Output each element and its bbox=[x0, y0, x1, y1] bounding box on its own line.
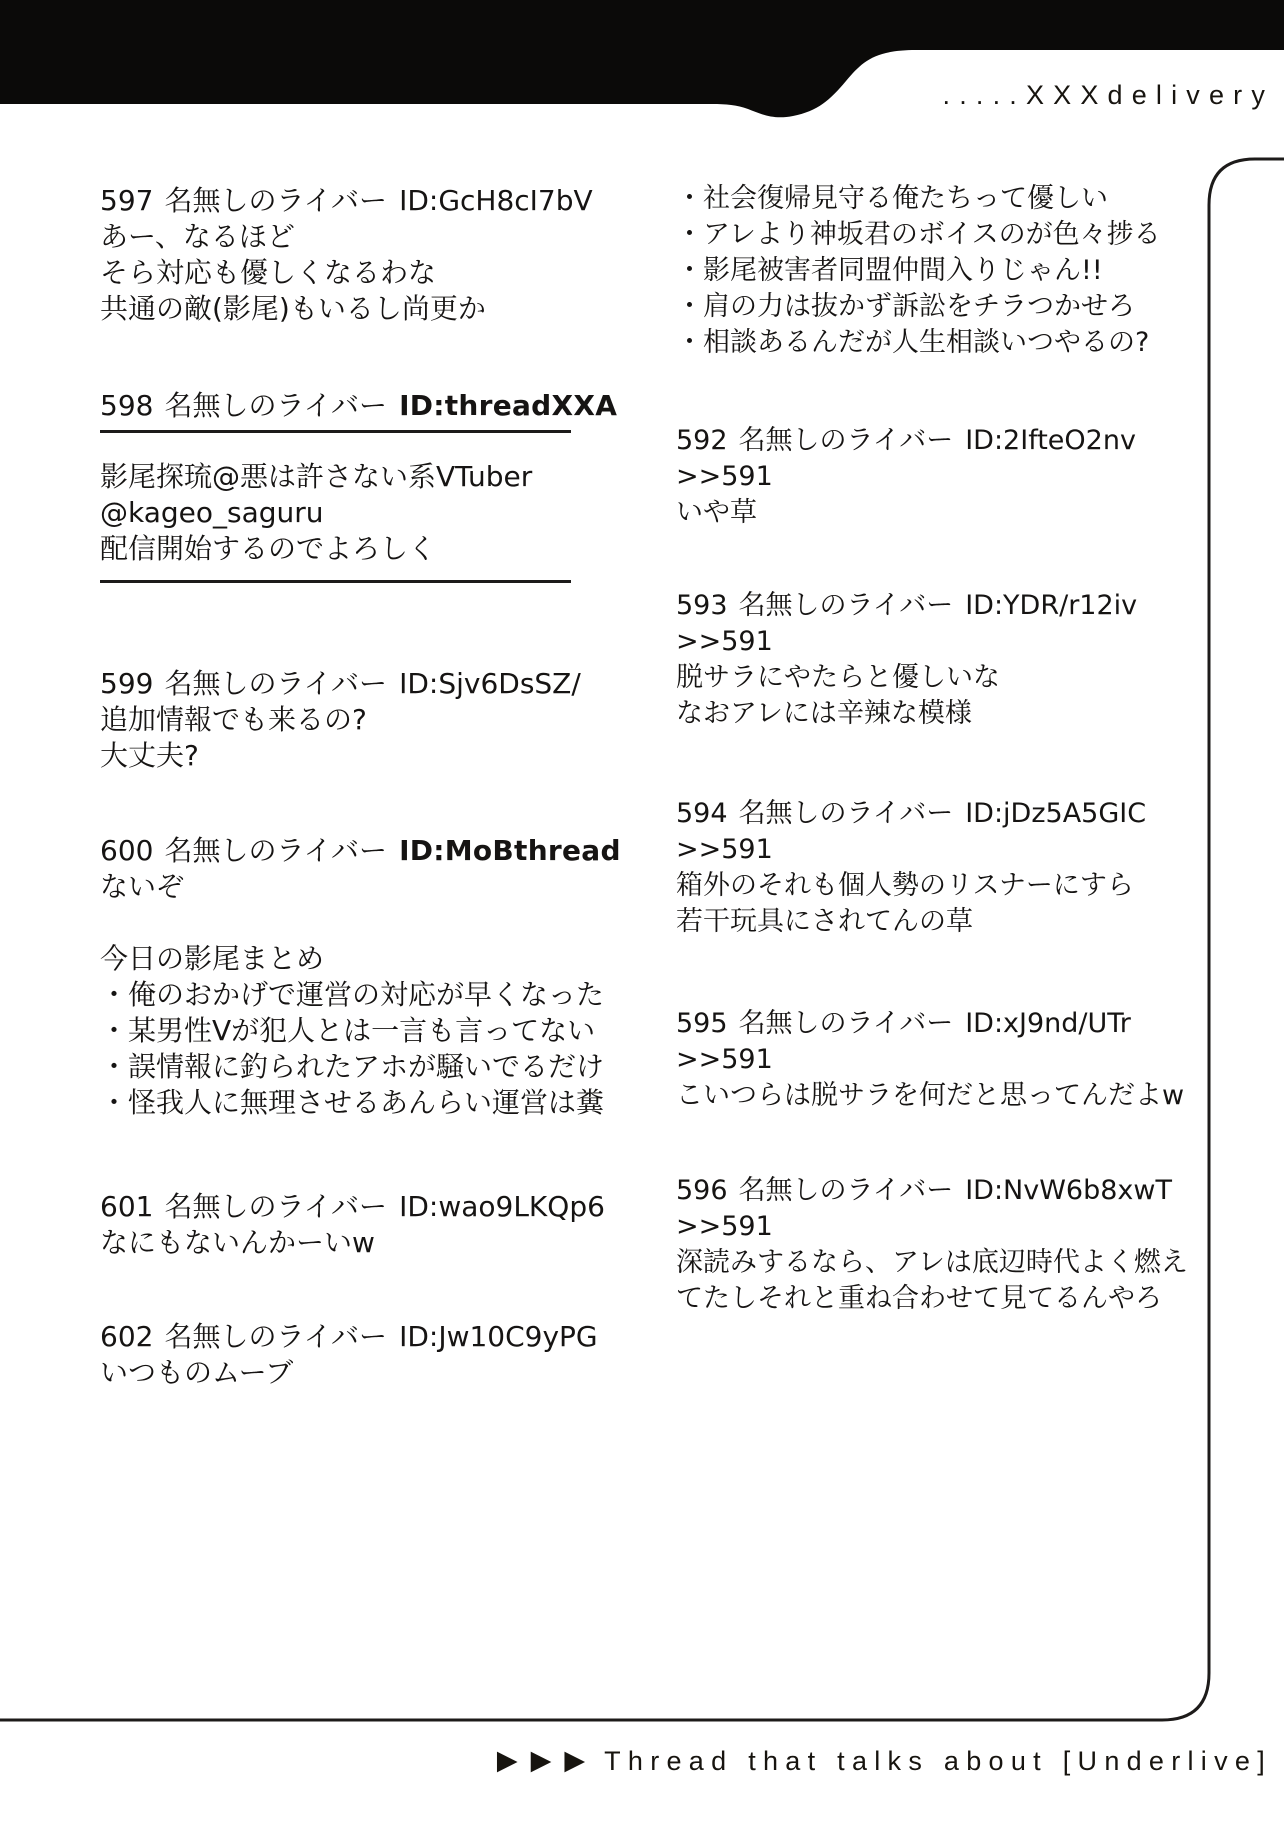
bullet-line: ・肩の力は抜かず訴訟をチラつかせろ bbox=[676, 289, 1161, 325]
post-number: 592 bbox=[676, 425, 728, 456]
post-header: 599名無しのライバーID:Sjv6DsSZ/ bbox=[100, 666, 620, 702]
post-line: なおアレには辛辣な模様 bbox=[676, 696, 1236, 732]
post-author-name: 名無しのライバー bbox=[739, 425, 954, 456]
post-line: なにもないんかーいw bbox=[100, 1225, 620, 1261]
post-author-name: 名無しのライバー bbox=[164, 1190, 387, 1223]
post-author-name: 名無しのライバー bbox=[739, 590, 954, 621]
banner-brand-text: .....XXXdelivery bbox=[943, 80, 1274, 111]
post-number: 600 bbox=[100, 834, 153, 867]
post-header: 600名無しのライバーID:MoBthread bbox=[100, 833, 620, 869]
post-line: いつものムーブ bbox=[100, 1355, 620, 1391]
top-banner-swoosh bbox=[0, 0, 1284, 140]
post-author-name: 名無しのライバー bbox=[164, 667, 387, 700]
post-author-name: 名無しのライバー bbox=[164, 834, 387, 867]
post-line: 深読みするなら、アレは底辺時代よく燃え bbox=[676, 1245, 1236, 1281]
post-author-name: 名無しのライバー bbox=[739, 798, 954, 829]
bullet-line: ・影尾被害者同盟仲間入りじゃん!! bbox=[676, 253, 1161, 289]
quote-line: 影尾探琉@悪は許さない系VTuber bbox=[100, 459, 620, 495]
post-author-name: 名無しのライバー bbox=[164, 1320, 387, 1353]
post-line: >>591 bbox=[676, 1209, 1236, 1245]
post-id: ID:YDR/r12iv bbox=[965, 590, 1137, 621]
post-header: 596名無しのライバーID:NvW6b8xwT bbox=[676, 1173, 1236, 1209]
post-line: 脱サラにやたらと優しいな bbox=[676, 660, 1236, 696]
post-number: 601 bbox=[100, 1190, 153, 1223]
quote-divider-top bbox=[100, 430, 571, 433]
bullet-list: ・社会復帰見守る俺たちって優しい・アレより神坂君のボイスのが色々捗る・影尾被害者… bbox=[676, 181, 1161, 361]
thread-post-593: 593名無しのライバーID:YDR/r12iv>>591脱サラにやたらと優しいな… bbox=[676, 588, 1236, 732]
post-header: 602名無しのライバーID:Jw10C9yPG bbox=[100, 1319, 620, 1355]
post-header: 593名無しのライバーID:YDR/r12iv bbox=[676, 588, 1236, 624]
footer-title: Thread that talks about [Underlive] bbox=[604, 1744, 1272, 1778]
bullet-line: ・社会復帰見守る俺たちって優しい bbox=[676, 181, 1161, 217]
post-line: ないぞ bbox=[100, 869, 620, 905]
footer-arrow-icon: ▶ bbox=[531, 1745, 552, 1776]
bullet-line: ・アレより神坂君のボイスのが色々捗る bbox=[676, 217, 1161, 253]
post-id: ID:MoBthread bbox=[399, 834, 621, 867]
post-line: ・怪我人に無理させるあんらい運営は糞 bbox=[100, 1085, 620, 1121]
post-line: 今日の影尾まとめ bbox=[100, 941, 620, 977]
post-line: >>591 bbox=[676, 624, 1236, 660]
quote-divider-bottom bbox=[100, 580, 571, 583]
post-number: 594 bbox=[676, 798, 728, 829]
post-line: 箱外のそれも個人勢のリスナーにすら bbox=[676, 868, 1236, 904]
post-line: そら対応も優しくなるわな bbox=[100, 255, 620, 291]
post-header: 597名無しのライバーID:GcH8cI7bV bbox=[100, 183, 620, 219]
footer-arrow-icon: ▶ bbox=[497, 1745, 518, 1776]
thread-post-596: 596名無しのライバーID:NvW6b8xwT>>591深読みするなら、アレは底… bbox=[676, 1173, 1236, 1317]
post-line: >>591 bbox=[676, 832, 1236, 868]
post-number: 598 bbox=[100, 389, 153, 422]
thread-post-598: 598名無しのライバーID:threadXXA影尾探琉@悪は許さない系VTube… bbox=[100, 388, 620, 583]
thread-post-594: 594名無しのライバーID:jDz5A5GIC>>591箱外のそれも個人勢のリス… bbox=[676, 796, 1236, 940]
thread-post-592: 592名無しのライバーID:2IfteO2nv>>591いや草 bbox=[676, 423, 1236, 531]
quote-line: @kageo_saguru bbox=[100, 495, 620, 531]
post-id: ID:Sjv6DsSZ/ bbox=[399, 667, 581, 700]
thread-post-599: 599名無しのライバーID:Sjv6DsSZ/追加情報でも来るの?大丈夫? bbox=[100, 666, 620, 774]
post-header: 601名無しのライバーID:wao9LKQp6 bbox=[100, 1189, 620, 1225]
post-header: 598名無しのライバーID:threadXXA bbox=[100, 388, 620, 424]
post-author-name: 名無しのライバー bbox=[164, 389, 387, 422]
post-header: 592名無しのライバーID:2IfteO2nv bbox=[676, 423, 1236, 459]
bullet-line: ・相談あるんだが人生相談いつやるの? bbox=[676, 325, 1161, 361]
post-id: ID:xJ9nd/UTr bbox=[965, 1008, 1131, 1039]
post-id: ID:2IfteO2nv bbox=[965, 425, 1136, 456]
post-line: 追加情報でも来るの? bbox=[100, 702, 620, 738]
thread-post-595: 595名無しのライバーID:xJ9nd/UTr>>591こいつらは脱サラを何だと… bbox=[676, 1006, 1236, 1114]
quote-line: 配信開始するのでよろしく bbox=[100, 531, 620, 567]
post-header: 595名無しのライバーID:xJ9nd/UTr bbox=[676, 1006, 1236, 1042]
post-number: 602 bbox=[100, 1320, 153, 1353]
post-line: ・俺のおかげで運営の対応が早くなった bbox=[100, 977, 620, 1013]
quoted-profile: 影尾探琉@悪は許さない系VTuber@kageo_saguru配信開始するのでよ… bbox=[100, 459, 620, 567]
post-line: ・某男性Vが犯人とは一言も言ってない bbox=[100, 1013, 620, 1049]
footer-arrow-icon: ▶ bbox=[564, 1745, 585, 1776]
post-line: てたしそれと重ね合わせて見てるんやろ bbox=[676, 1281, 1236, 1317]
post-id: ID:GcH8cI7bV bbox=[399, 184, 593, 217]
thread-post-600: 600名無しのライバーID:MoBthreadないぞ 今日の影尾まとめ・俺のおか… bbox=[100, 833, 620, 1121]
post-line: 共通の敵(影尾)もいるし尚更か bbox=[100, 291, 620, 327]
post-number: 595 bbox=[676, 1008, 728, 1039]
post-number: 593 bbox=[676, 590, 728, 621]
footer-banner: ▶▶▶ Thread that talks about [Underlive] bbox=[497, 1744, 1272, 1778]
post-line: いや草 bbox=[676, 495, 1236, 531]
post-id: ID:NvW6b8xwT bbox=[965, 1175, 1172, 1206]
post-author-name: 名無しのライバー bbox=[164, 184, 387, 217]
post-id: ID:threadXXA bbox=[399, 389, 617, 422]
post-line: >>591 bbox=[676, 459, 1236, 495]
book-page: .....XXXdelivery ・社会復帰見守る俺たちって優しい・アレより神坂… bbox=[0, 0, 1284, 1826]
post-line: >>591 bbox=[676, 1042, 1236, 1078]
post-line: 大丈夫? bbox=[100, 738, 620, 774]
post-line: こいつらは脱サラを何だと思ってんだよw bbox=[676, 1078, 1236, 1114]
post-header: 594名無しのライバーID:jDz5A5GIC bbox=[676, 796, 1236, 832]
post-number: 596 bbox=[676, 1175, 728, 1206]
post-line: 若干玩具にされてんの草 bbox=[676, 904, 1236, 940]
thread-post-601: 601名無しのライバーID:wao9LKQp6なにもないんかーいw bbox=[100, 1189, 620, 1261]
post-author-name: 名無しのライバー bbox=[739, 1008, 954, 1039]
thread-post-602: 602名無しのライバーID:Jw10C9yPGいつものムーブ bbox=[100, 1319, 620, 1391]
post-id: ID:wao9LKQp6 bbox=[399, 1190, 605, 1223]
post-line: あー、なるほど bbox=[100, 219, 620, 255]
post-number: 597 bbox=[100, 184, 153, 217]
thread-post-597: 597名無しのライバーID:GcH8cI7bVあー、なるほどそら対応も優しくなる… bbox=[100, 183, 620, 327]
footer-arrows: ▶▶▶ bbox=[497, 1744, 598, 1778]
post-id: ID:jDz5A5GIC bbox=[965, 798, 1146, 829]
post-author-name: 名無しのライバー bbox=[739, 1175, 954, 1206]
post-line: ・誤情報に釣られたアホが騒いでるだけ bbox=[100, 1049, 620, 1085]
post-number: 599 bbox=[100, 667, 153, 700]
post-id: ID:Jw10C9yPG bbox=[399, 1320, 598, 1353]
